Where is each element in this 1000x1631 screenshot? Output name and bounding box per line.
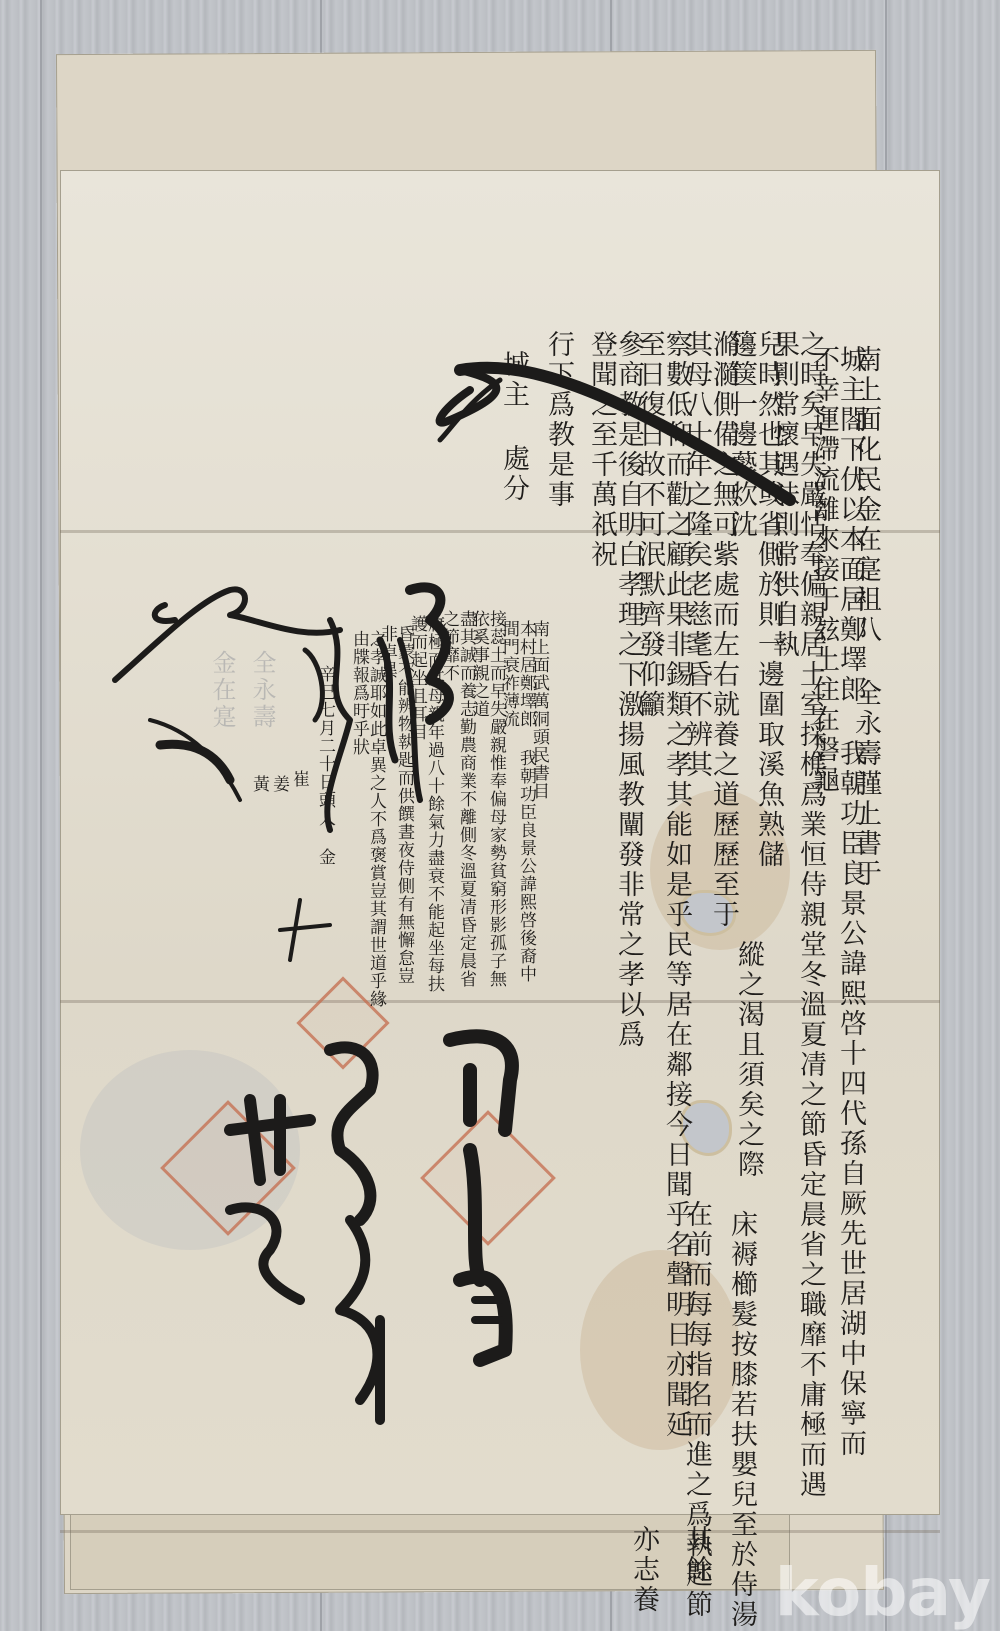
kobay-watermark: kobay	[775, 1554, 990, 1631]
cursive-endorsement-brushwork	[0, 0, 1000, 1631]
